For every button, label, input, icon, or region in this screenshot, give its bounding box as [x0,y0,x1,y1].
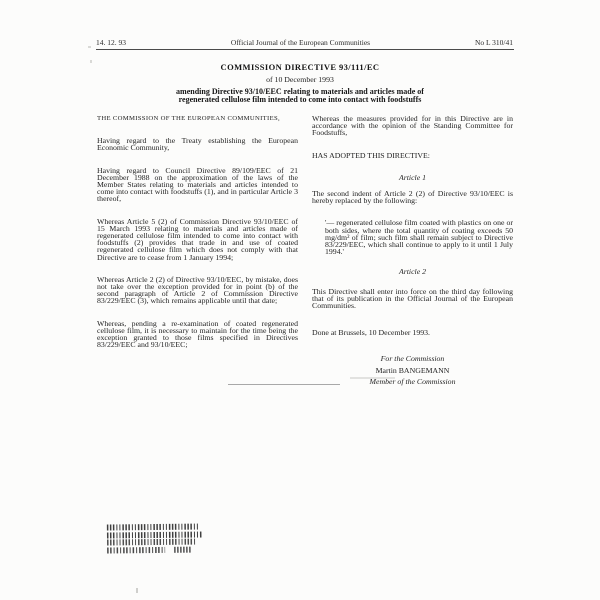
article-2-text: This Directive shall enter into force on… [312,288,513,310]
journal-header: 14. 12. 93 Official Journal of the Europ… [96,38,513,47]
footnote-rule [228,384,340,385]
header-rule [96,49,514,50]
scan-smudge [350,377,395,379]
scan-speck [88,46,91,48]
right-column: Whereas the measures provided for in thi… [312,115,513,388]
article-1-intro: The second indent of Article 2 (2) of Di… [312,190,513,204]
article-2-heading: Article 2 [312,268,513,275]
directive-title-block: COMMISSION DIRECTIVE 93/111/EC of 10 Dec… [150,62,450,104]
signature-block: For the Commission Martin BANGEMANN Memb… [312,353,513,388]
directive-date: of 10 December 1993 [150,75,450,84]
page-reference: No L 310/41 [475,38,513,47]
stamp-bar-row [107,539,197,546]
overprint-stamp-barcode-icon [107,523,205,553]
has-adopted-line: HAS ADOPTED THIS DIRECTIVE: [312,152,513,159]
journal-title: Official Journal of the European Communi… [231,38,370,47]
recital-council-directive: Having regard to Council Directive 89/10… [97,167,298,203]
scanned-document-page: 14. 12. 93 Official Journal of the Europ… [0,0,600,600]
recital-treaty: Having regard to the Treaty establishing… [97,137,298,151]
whereas-paragraph-3: Whereas, pending a re-examination of coa… [97,320,298,349]
stamp-bar-segment [107,547,165,554]
stamp-bar-row [107,531,203,538]
signature-name: Martin BANGEMANN [312,365,513,377]
scan-speck [90,60,92,63]
article-1-quoted-text: '— regenerated cellulose film coated wit… [312,219,513,255]
stamp-bar-segment [174,546,192,552]
directive-number: COMMISSION DIRECTIVE 93/111/EC [150,62,450,72]
header-date: 14. 12. 93 [96,38,126,47]
two-column-body: THE COMMISSION OF THE EUROPEAN COMMUNITI… [97,115,513,388]
signature-title-line: Member of the Commission [312,376,513,388]
whereas-paragraph-1: Whereas Article 5 (2) of Commission Dire… [97,218,298,261]
left-column: THE COMMISSION OF THE EUROPEAN COMMUNITI… [97,115,298,388]
article-1-heading: Article 1 [312,174,513,181]
directive-subject: amending Directive 93/10/EEC relating to… [161,88,439,104]
signature-for-line: For the Commission [312,353,513,365]
whereas-final-paragraph: Whereas the measures provided for in thi… [312,115,513,137]
done-at-line: Done at Brussels, 10 December 1993. [312,329,513,336]
commission-opening-line: THE COMMISSION OF THE EUROPEAN COMMUNITI… [97,115,298,122]
scan-speck [136,588,138,593]
stamp-bar-row [107,524,200,531]
stamp-bar-row [107,546,205,553]
whereas-paragraph-2: Whereas Article 2 (2) of Directive 93/10… [97,276,298,305]
